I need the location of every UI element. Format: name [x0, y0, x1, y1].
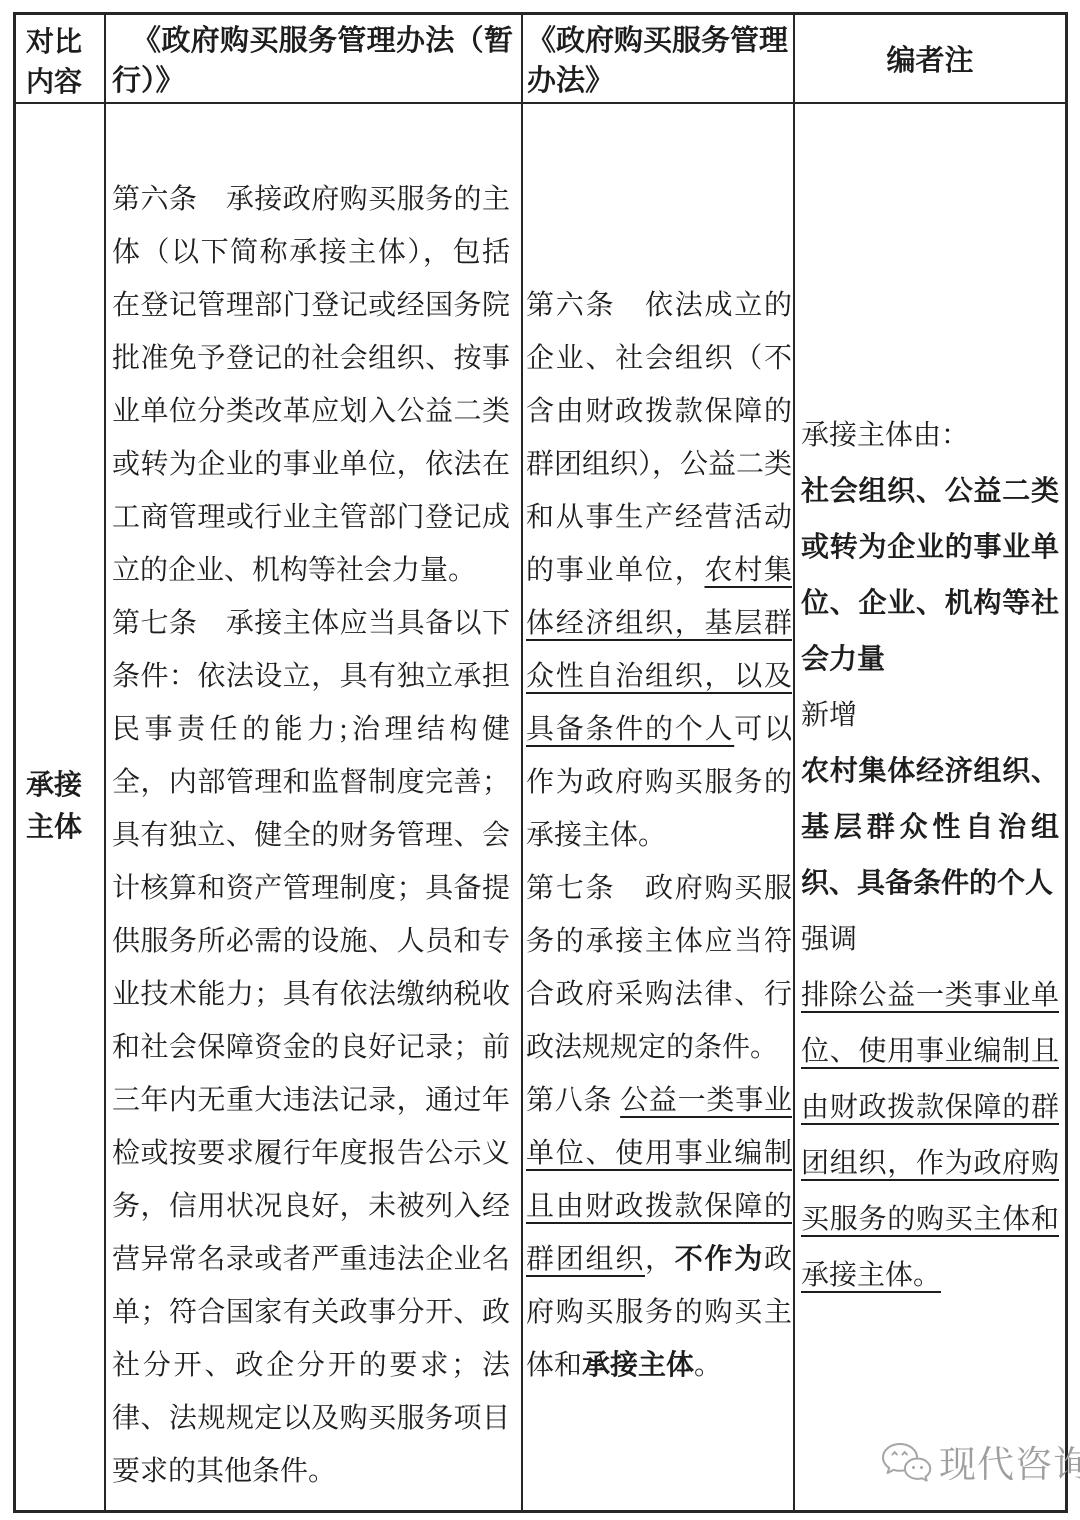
paragraph: 第六条 依法成立的企业、社会组织（不含由财政拨款保障的群团组织），公益二类和从事… — [526, 279, 792, 862]
bold-text-segment: 农村集体经济组织、基层群众性自治组织、具备条件的个人 — [801, 756, 1059, 899]
text-segment: 第七条 承接主体应当具备以下条件：依法设立，具有独立承担民事责任的能力;治理结构… — [112, 608, 510, 1487]
row-label-undertaking-entity: 承接主体 — [16, 104, 106, 1510]
bold-text-segment: 社会组织、公益二类或转为企业的事业单位、企业、机构等社会力量 — [801, 476, 1059, 675]
text-segment: ， — [645, 1244, 675, 1275]
provisional-measures-text: 第六条 承接政府购买服务的主体（以下简称承接主体），包括在登记管理部门登记或经国… — [106, 104, 523, 1510]
text-segment: 体和 — [526, 1350, 582, 1381]
article-page: 对比内容 《政府购买服务管理办法（暂行）》 《政府购买服务管理办法》 编者注 承… — [0, 0, 1080, 1520]
text-segment: 第七条 政府购买服务的承接主体应当符合政府采购法律、行政法规规定的条件。 — [526, 873, 792, 1063]
paragraph: 社会组织、公益二类或转为企业的事业单位、企业、机构等社会力量 — [801, 464, 1059, 688]
paragraph: 承接主体由： — [801, 408, 1059, 464]
underlined-text-segment: 排除公益一类事业单位、使用事业编制且由财政拨款保障的群团组织，作为政府购买服务的… — [801, 980, 1059, 1291]
header-provisional-measures: 《政府购买服务管理办法（暂行）》 — [106, 15, 523, 104]
header-compare-content: 对比内容 — [16, 15, 106, 104]
paragraph: 第七条 承接主体应当具备以下条件：依法设立，具有独立承担民事责任的能力;治理结构… — [112, 597, 510, 1498]
bold-text-segment: 承接主体 — [582, 1350, 694, 1381]
text-segment: 新增 — [801, 700, 857, 731]
paragraph: 第六条 承接政府购买服务的主体（以下简称承接主体），包括在登记管理部门登记或经国… — [112, 173, 510, 597]
watermark-brand-text: 现代咨询 — [939, 1447, 1080, 1484]
paragraph: 农村集体经济组织、基层群众性自治组织、具备条件的个人 — [801, 744, 1059, 912]
text-segment: 第八条 — [526, 1085, 620, 1116]
paragraph: 第七条 政府购买服务的承接主体应当符合政府采购法律、行政法规规定的条件。 — [526, 862, 792, 1074]
comparison-table: 对比内容 《政府购买服务管理办法（暂行）》 《政府购买服务管理办法》 编者注 承… — [13, 12, 1068, 1513]
header-current-measures: 《政府购买服务管理办法》 — [523, 15, 795, 104]
editor-note-text: 承接主体由：社会组织、公益二类或转为企业的事业单位、企业、机构等社会力量新增农村… — [795, 104, 1065, 1510]
text-segment: 承接主体由： — [801, 420, 969, 451]
text-segment: 。 — [694, 1350, 722, 1381]
text-segment: 第六条 承接政府购买服务的主体（以下简称承接主体），包括在登记管理部门登记或经国… — [112, 184, 510, 586]
header-editor-note: 编者注 — [795, 15, 1065, 104]
text-segment: 第六条 依法成立的企业、社会组织（不含由财政拨款保障的群团组织），公益二类和从事… — [526, 290, 792, 586]
wechat-chat-bubbles-icon — [880, 1441, 932, 1490]
paragraph: 排除公益一类事业单位、使用事业编制且由财政拨款保障的群团组织，作为政府购买服务的… — [801, 968, 1059, 1304]
current-measures-text: 第六条 依法成立的企业、社会组织（不含由财政拨款保障的群团组织），公益二类和从事… — [523, 104, 795, 1510]
watermark: 现代咨询 — [880, 1441, 1080, 1490]
paragraph: 第八条 公益一类事业单位、使用事业编制且由财政拨款保障的群团组织，不作为政府购买… — [526, 1074, 792, 1392]
paragraph: 新增 — [801, 688, 1059, 744]
paragraph: 强调 — [801, 912, 1059, 968]
text-segment: 强调 — [801, 924, 857, 955]
bold-text-segment: 不作为 — [675, 1244, 764, 1275]
